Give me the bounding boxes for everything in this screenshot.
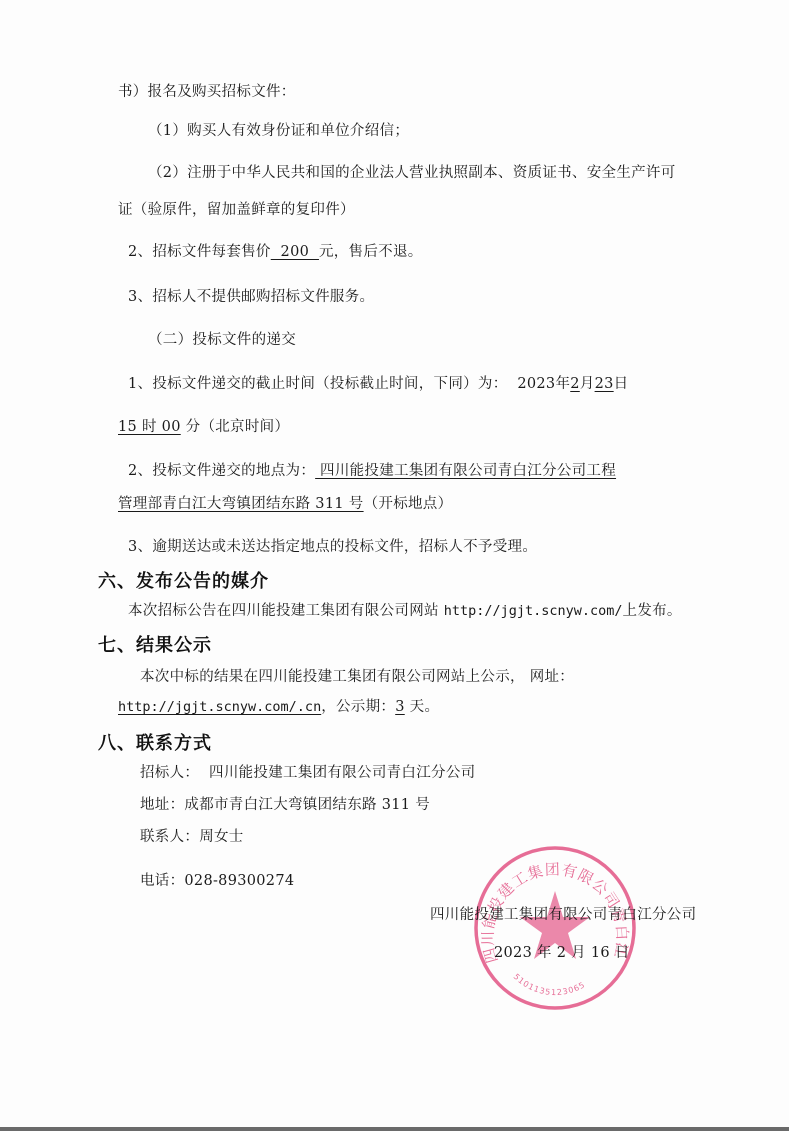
deadline-day: 23 [595, 376, 614, 392]
day-char: 日 [614, 376, 629, 392]
deadline-time-suffix: 分（北京时间） [181, 419, 290, 435]
period-suffix: 天。 [405, 699, 440, 715]
address-line: 地址：成都市青白江大弯镇团结东路 311 号 [140, 795, 430, 815]
text-line-4: 证（验原件，留加盖鲜章的复印件） [118, 200, 355, 220]
price-suffix: 元，售后不退。 [319, 244, 423, 260]
deadline-month: 2 [570, 376, 580, 392]
contact-line: 联系人：周女士 [140, 827, 244, 847]
section-6-text-post: 上发布。 [623, 603, 682, 619]
deadline-label: 1、投标文件递交的截止时间（投标截止时间，下同）为： 2023年 [128, 376, 570, 392]
location-suffix: （开标地点） [364, 496, 453, 512]
location-value-2: 管理部青白江大弯镇团结东路 311 号 [118, 496, 364, 512]
month-char: 月 [580, 376, 595, 392]
website-link[interactable]: http://jgjt.scnyw.com/ [444, 603, 623, 619]
phone-line: 电话：028-89300274 [140, 871, 294, 891]
svg-text:5101135123065: 5101135123065 [512, 972, 587, 997]
text-line-3: （2）注册于中华人民共和国的企业法人营业执照副本、资质证书、安全生产许可 [148, 163, 676, 183]
price-line: 2、招标文件每套售价 200 元，售后不退。 [128, 242, 423, 262]
signature-date: 2023 年 2 月 16 日 [494, 943, 630, 963]
signature-company: 四川能投建工集团有限公司青白江分公司 [430, 905, 696, 925]
scan-edge [0, 1127, 789, 1131]
deadline-time: 15 时 00 [118, 419, 181, 435]
document-page: 书）报名及购买招标文件： （1）购买人有效身份证和单位介绍信； （2）注册于中华… [0, 0, 789, 1131]
section-8-heading: 八、联系方式 [98, 729, 212, 755]
section-6-text-pre: 本次招标公告在四川能投建工集团有限公司网站 [128, 603, 444, 619]
period-label: ，公示期： [321, 699, 395, 715]
company-seal-icon: 四川能投建工集团有限公司青白江分公司 5101135123065 [470, 843, 640, 1013]
price-label: 2、招标文件每套售价 [128, 244, 271, 260]
section-7-text: 本次中标的结果在四川能投建工集团有限公司网站上公示， 网址： [140, 667, 574, 687]
deadline-line: 1、投标文件递交的截止时间（投标截止时间，下同）为： 2023年2月23日 [128, 374, 628, 394]
tenderer-line: 招标人： 四川能投建工集团有限公司青白江分公司 [140, 763, 475, 783]
section-6-text: 本次招标公告在四川能投建工集团有限公司网站 http://jgjt.scnyw.… [128, 601, 682, 621]
section-7-heading: 七、结果公示 [98, 631, 212, 657]
section-7-url-line: http://jgjt.scnyw.com/.cn，公示期：3 天。 [118, 697, 439, 717]
location-line-1: 2、投标文件递交的地点为： 四川能投建工集团有限公司青白江分公司工程 [128, 461, 616, 481]
text-line-1: 书）报名及购买招标文件： [118, 82, 296, 102]
seal-number: 5101135123065 [512, 972, 587, 997]
results-link[interactable]: http://jgjt.scnyw.com/.cn [118, 699, 321, 715]
price-value: 200 [271, 244, 319, 260]
location-line-2: 管理部青白江大弯镇团结东路 311 号（开标地点） [118, 494, 452, 514]
text-line-6: 3、招标人不提供邮购招标文件服务。 [128, 287, 374, 307]
subsection-heading-2: （二）投标文件的递交 [148, 330, 296, 350]
text-line-12: 3、逾期送达或未送达指定地点的投标文件，招标人不予受理。 [128, 537, 537, 557]
location-label: 2、投标文件递交的地点为： [128, 463, 315, 479]
location-value-1: 四川能投建工集团有限公司青白江分公司工程 [315, 463, 616, 479]
section-6-heading: 六、发布公告的媒介 [98, 567, 269, 593]
period-days: 3 [395, 699, 405, 715]
text-line-2: （1）购买人有效身份证和单位介绍信； [148, 121, 409, 141]
deadline-time-line: 15 时 00 分（北京时间） [118, 417, 289, 437]
